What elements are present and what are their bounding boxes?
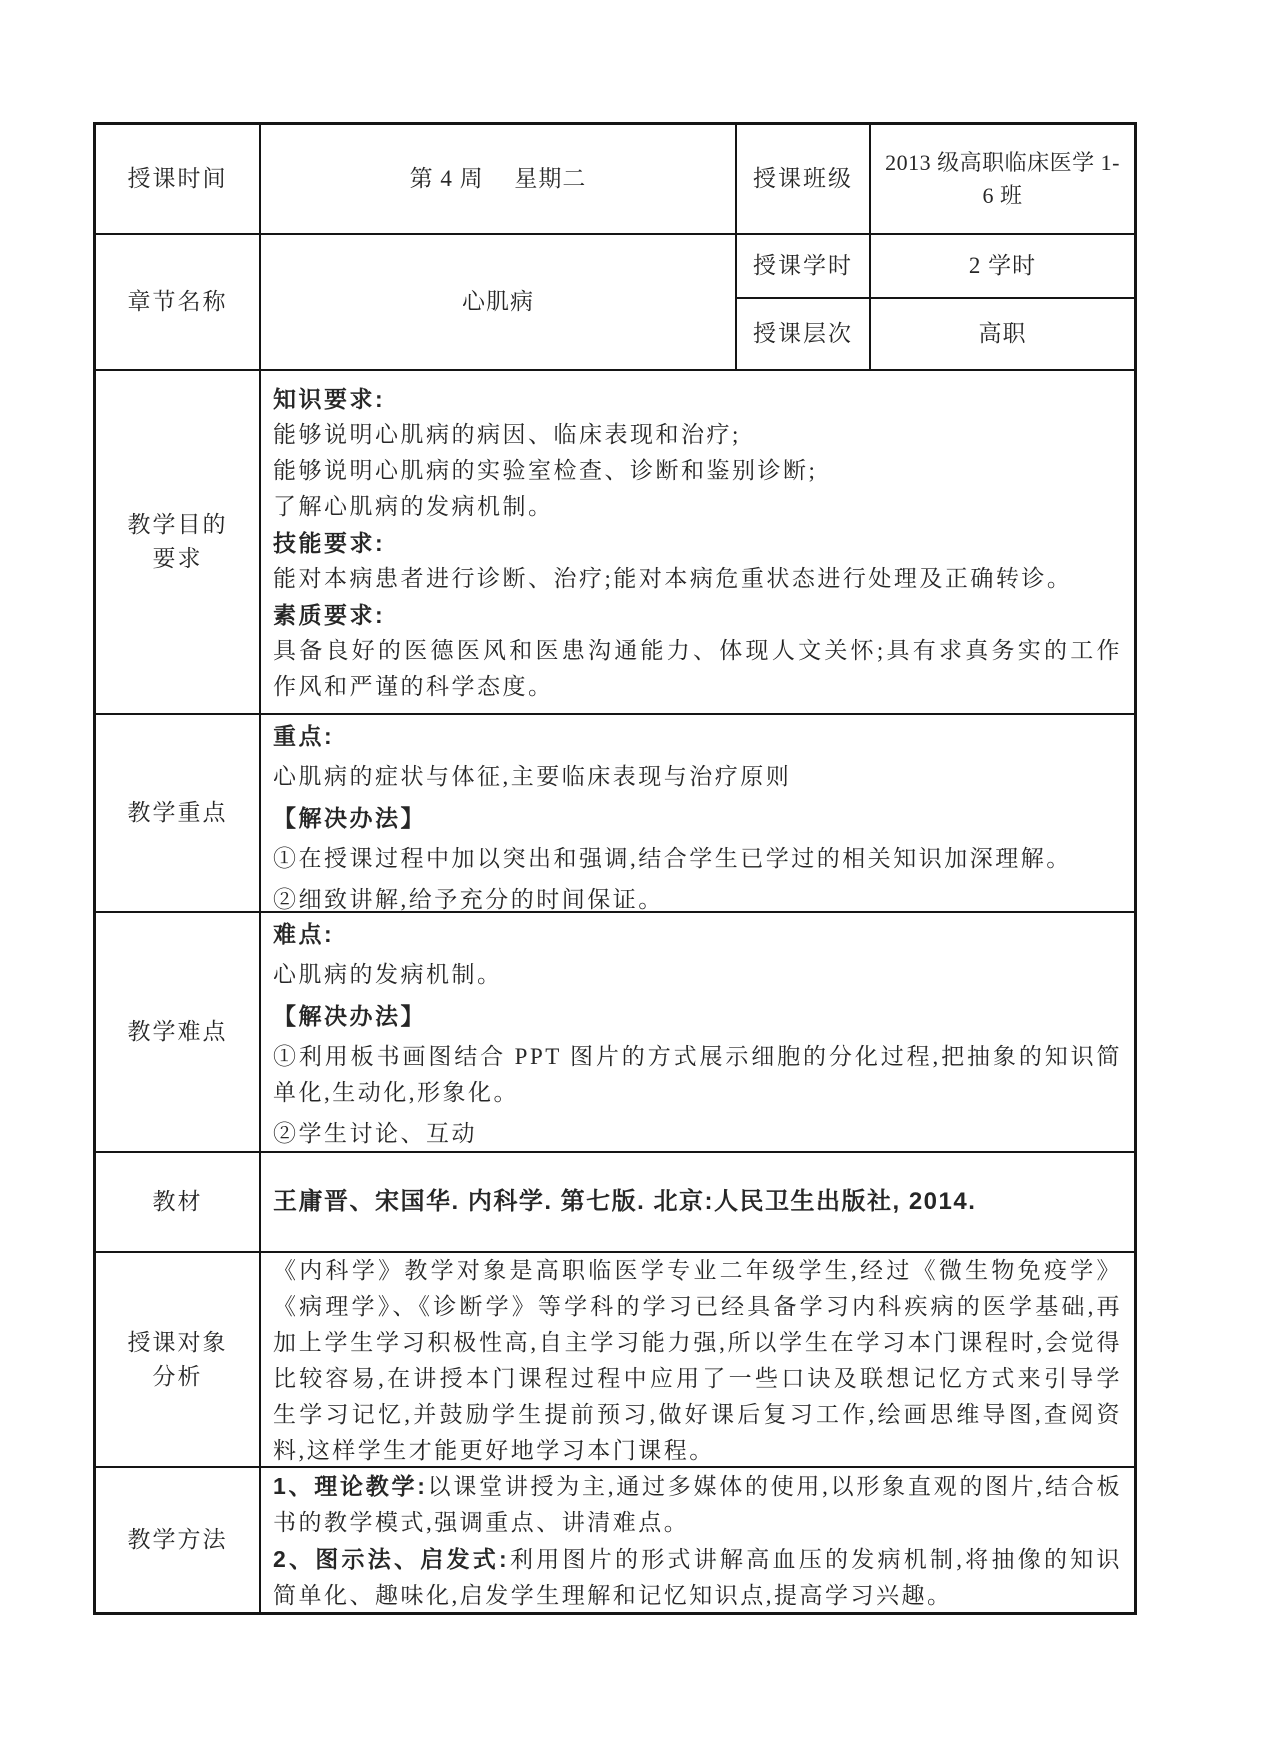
- row-teaching-methods: 教学方法 1、理论教学:以课堂讲授为主,通过多媒体的使用,以形象直观的图片,结合…: [96, 1468, 1134, 1612]
- class-value: 2013 级高职临床医学 1-6 班: [871, 125, 1134, 233]
- goals-line: 能够说明心肌病的病因、临床表现和治疗;: [273, 417, 1122, 453]
- difficulty-label: 教学难点: [96, 913, 261, 1151]
- goals-quality-head: 素质要求:: [273, 597, 1122, 633]
- goals-line: 具备良好的医德医风和医患沟通能力、体现人文关怀;具有求真务实的工作作风和严谨的科…: [273, 633, 1122, 705]
- methods-item-2: 2、图示法、启发式:利用图片的形式讲解高血压的发病机制,将抽像的知识简单化、趣味…: [273, 1541, 1122, 1614]
- chapter-value: 心肌病: [261, 235, 737, 369]
- goals-knowledge-head: 知识要求:: [273, 381, 1122, 417]
- methods-item-2-number: 2、: [273, 1546, 315, 1572]
- chapter-label: 章节名称: [96, 235, 261, 369]
- time-label: 授课时间: [96, 125, 261, 233]
- row-textbook: 教材 王庸晋、宋国华. 内科学. 第七版. 北京:人民卫生出版社, 2014.: [96, 1153, 1134, 1253]
- textbook-content: 王庸晋、宋国华. 内科学. 第七版. 北京:人民卫生出版社, 2014.: [261, 1153, 1134, 1251]
- focus-solution-head: 【解决办法】: [273, 800, 1122, 836]
- methods-item-1-head: 理论教学:: [314, 1473, 427, 1499]
- time-value: 第 4 周 星期二: [261, 125, 737, 233]
- level-value: 高职: [871, 299, 1134, 369]
- textbook-citation: 王庸晋、宋国华. 内科学. 第七版. 北京:人民卫生出版社, 2014.: [273, 1184, 976, 1220]
- textbook-label: 教材: [96, 1153, 261, 1251]
- methods-item-2-head: 图示法、启发式:: [315, 1546, 509, 1572]
- row-teaching-focus: 教学重点 重点: 心肌病的症状与体征,主要临床表现与治疗原则 【解决办法】 ①在…: [96, 715, 1134, 913]
- goals-line: 了解心肌病的发病机制。: [273, 489, 1122, 525]
- focus-head: 重点:: [273, 718, 1122, 754]
- goals-line: 能够说明心肌病的实验室检查、诊断和鉴别诊断;: [273, 453, 1122, 489]
- audience-paragraph: 《内科学》教学对象是高职临医学专业二年级学生,经过《微生物免疫学》《病理学》、《…: [273, 1253, 1122, 1469]
- hours-subrow: 授课学时 2 学时: [737, 235, 1134, 299]
- focus-content: 重点: 心肌病的症状与体征,主要临床表现与治疗原则 【解决办法】 ①在授课过程中…: [261, 715, 1134, 911]
- row-audience-analysis: 授课对象 分析 《内科学》教学对象是高职临医学专业二年级学生,经过《微生物免疫学…: [96, 1253, 1134, 1468]
- focus-line: 心肌病的症状与体征,主要临床表现与治疗原则: [273, 759, 1122, 795]
- goals-label: 教学目的 要求: [96, 371, 261, 713]
- goals-content: 知识要求: 能够说明心肌病的病因、临床表现和治疗; 能够说明心肌病的实验室检查、…: [261, 371, 1134, 713]
- difficulty-line: ②学生讨论、互动: [273, 1116, 1122, 1152]
- level-label: 授课层次: [737, 299, 871, 369]
- methods-content: 1、理论教学:以课堂讲授为主,通过多媒体的使用,以形象直观的图片,结合板书的教学…: [261, 1468, 1134, 1612]
- difficulty-head: 难点:: [273, 916, 1122, 952]
- audience-label: 授课对象 分析: [96, 1253, 261, 1466]
- difficulty-line: ①利用板书画图结合 PPT 图片的方式展示细胞的分化过程,把抽象的知识简单化,生…: [273, 1039, 1122, 1111]
- difficulty-solution-head: 【解决办法】: [273, 998, 1122, 1034]
- methods-item-1: 1、理论教学:以课堂讲授为主,通过多媒体的使用,以形象直观的图片,结合板书的教学…: [273, 1468, 1122, 1541]
- methods-label: 教学方法: [96, 1468, 261, 1612]
- row-teaching-difficulty: 教学难点 难点: 心肌病的发病机制。 【解决办法】 ①利用板书画图结合 PPT …: [96, 913, 1134, 1153]
- row-chapter: 章节名称 心肌病 授课学时 2 学时 授课层次 高职: [96, 235, 1134, 371]
- hours-label: 授课学时: [737, 235, 871, 297]
- focus-line: ①在授课过程中加以突出和强调,结合学生已学过的相关知识加深理解。: [273, 841, 1122, 877]
- class-label: 授课班级: [737, 125, 871, 233]
- methods-item-1-number: 1、: [273, 1473, 314, 1499]
- lesson-plan-table: 授课时间 第 4 周 星期二 授课班级 2013 级高职临床医学 1-6 班 章…: [93, 122, 1137, 1615]
- level-subrow: 授课层次 高职: [737, 299, 1134, 369]
- row-teaching-goals: 教学目的 要求 知识要求: 能够说明心肌病的病因、临床表现和治疗; 能够说明心肌…: [96, 371, 1134, 715]
- difficulty-content: 难点: 心肌病的发病机制。 【解决办法】 ①利用板书画图结合 PPT 图片的方式…: [261, 913, 1134, 1151]
- row-time-class: 授课时间 第 4 周 星期二 授课班级 2013 级高职临床医学 1-6 班: [96, 125, 1134, 235]
- difficulty-line: 心肌病的发病机制。: [273, 957, 1122, 993]
- goals-skill-head: 技能要求:: [273, 525, 1122, 561]
- focus-label: 教学重点: [96, 715, 261, 911]
- goals-line: 能对本病患者进行诊断、治疗;能对本病危重状态进行处理及正确转诊。: [273, 561, 1122, 597]
- hours-value: 2 学时: [871, 235, 1134, 297]
- audience-content: 《内科学》教学对象是高职临医学专业二年级学生,经过《微生物免疫学》《病理学》、《…: [261, 1253, 1134, 1466]
- hours-level-block: 授课学时 2 学时 授课层次 高职: [737, 235, 1134, 369]
